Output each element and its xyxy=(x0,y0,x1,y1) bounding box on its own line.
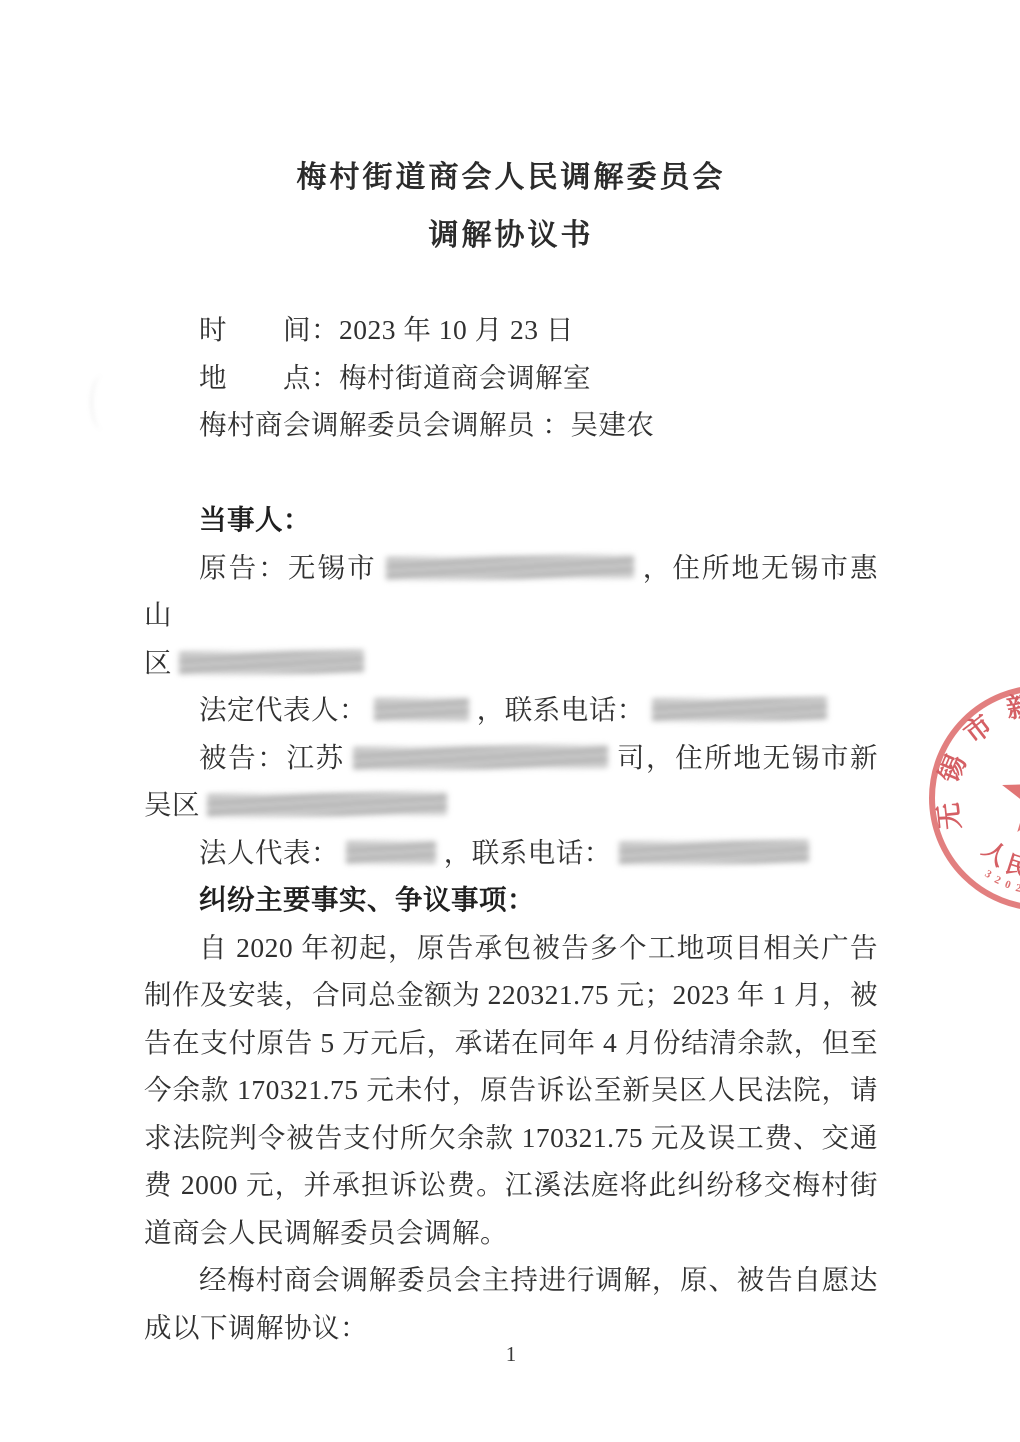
defendant-line-continued: 吴区 xyxy=(144,781,878,829)
plaintiff-label: 原告：无锡市 xyxy=(199,552,377,583)
document-title: 梅村街道商会人民调解委员会 xyxy=(144,156,878,200)
plaintiff-address-cont: 区 xyxy=(144,647,172,678)
redacted-defendant-rep-phone xyxy=(619,840,809,865)
blank-line xyxy=(144,449,878,497)
plaintiff-line: 原告：无锡市 ，住所地无锡市惠山 xyxy=(144,544,878,639)
meta-mediator: 梅村商会调解委员会调解员 ：吴建农 xyxy=(144,401,878,449)
seal-star-icon xyxy=(1002,756,1020,832)
dispute-text-line: 求法院判令被告支付所欠余款 170321.75 元及误工费、交通 xyxy=(144,1114,878,1162)
seal-bottom-text-path: 人民调解委员会 xyxy=(922,678,1020,885)
redacted-plaintiff-address xyxy=(179,650,364,675)
defendant-line: 被告：江苏 司，住所地无锡市新 xyxy=(144,734,878,782)
document-body: 时 间：2023 年 10 月 23 日 地 点：梅村街道商会调解室 梅村商会调… xyxy=(144,306,878,1351)
dispute-text-line: 告在支付原告 5 万元后，承诺在同年 4 月份结清余款，但至 xyxy=(144,1019,878,1067)
document-header: 梅村街道商会人民调解委员会 调解协议书 xyxy=(144,156,878,258)
defendant-rep-label: 法人代表： xyxy=(199,837,339,868)
scan-artifact xyxy=(90,375,116,430)
legal-rep-label: 法定代表人： xyxy=(199,694,367,725)
redacted-legal-rep-name xyxy=(374,698,469,722)
official-seal: 无锡市新吴区 人民调解委员会 320214 xyxy=(922,678,1020,918)
redacted-plaintiff-company-name xyxy=(386,554,634,580)
legal-rep-phone-label: ，联系电话： xyxy=(477,694,645,725)
redacted-defendant-company-name xyxy=(353,744,608,770)
defendant-address-cont: 吴区 xyxy=(144,789,200,820)
dispute-text-line: 今余款 170321.75 元未付，原告诉讼至新吴区人民法院，请 xyxy=(144,1066,878,1114)
plaintiff-line-continued: 区 xyxy=(144,639,878,687)
defendant-label: 被告：江苏 xyxy=(199,742,345,773)
meta-place: 地 点：梅村街道商会调解室 xyxy=(144,354,878,402)
page-number: 1 xyxy=(144,1342,878,1367)
seal-bottom-text: 人民调解委员会 xyxy=(922,678,1020,885)
defendant-rep-phone-label: ，联系电话： xyxy=(444,837,612,868)
dispute-text-line: 制作及安装，合同总金额为 220321.75 元；2023 年 1 月，被 xyxy=(144,971,878,1019)
dispute-text-line: 费 2000 元，并承担诉讼费。江溪法庭将此纠纷移交梅村街 xyxy=(144,1161,878,1209)
redacted-defendant-address xyxy=(207,792,447,818)
defendant-address-text: 司，住所地无锡市新 xyxy=(617,742,878,773)
dispute-text-line: 道商会人民调解委员会调解。 xyxy=(144,1209,878,1257)
dispute-text-line: 自 2020 年初起，原告承包被告多个工地项目相关广告 xyxy=(144,924,878,972)
document-page: 梅村街道商会人民调解委员会 调解协议书 时 间：2023 年 10 月 23 日… xyxy=(0,0,1020,1442)
dispute-heading: 纠纷主要事实、争议事项： xyxy=(144,876,878,924)
document-subtitle: 调解协议书 xyxy=(144,214,878,258)
parties-heading: 当事人： xyxy=(144,496,878,544)
mediation-text-line: 经梅村商会调解委员会主持进行调解，原、被告自愿达 xyxy=(144,1256,878,1304)
redacted-legal-rep-phone xyxy=(652,697,827,722)
legal-representative-line: 法定代表人： ，联系电话： xyxy=(144,686,878,734)
meta-time: 时 间：2023 年 10 月 23 日 xyxy=(144,306,878,354)
redacted-defendant-rep-name xyxy=(346,840,436,864)
defendant-representative-line: 法人代表： ，联系电话： xyxy=(144,829,878,877)
